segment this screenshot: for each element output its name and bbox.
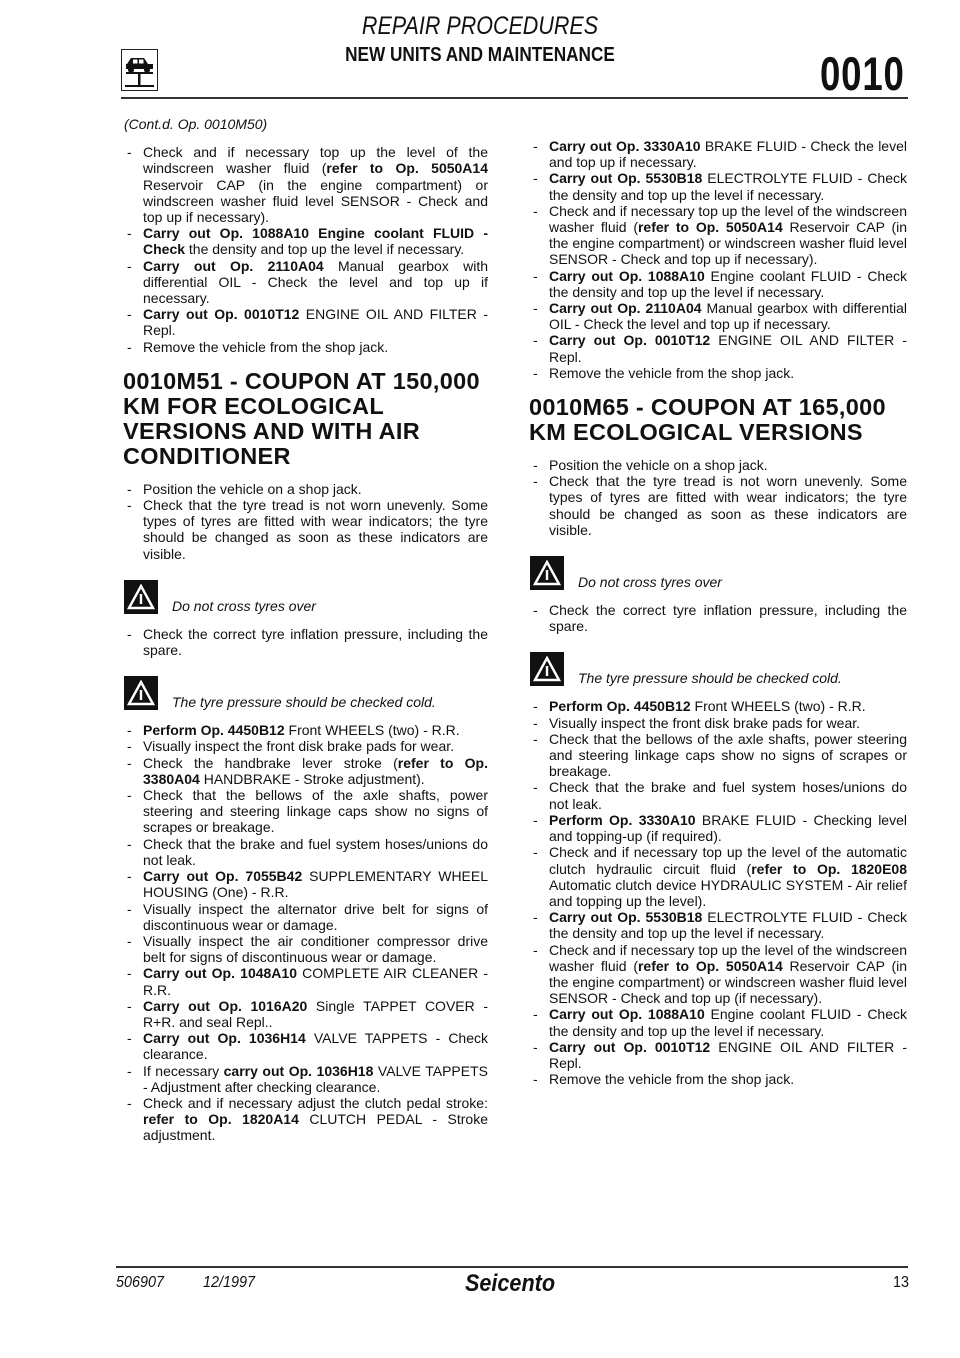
list-item: Check and if necessary top up the level … [124,144,488,225]
warning-note: The tyre pressure should be checked cold… [124,676,488,710]
warning-text: The tyre pressure should be checked cold… [578,670,842,686]
list-item: Perform Op. 4450B12 Front WHEELS (two) -… [530,698,907,714]
procedure-list: Position the vehicle on a shop jack.Chec… [124,481,488,562]
list-item: Visually inspect the alternator drive be… [124,901,488,933]
list-item: Perform Op. 3330A10 BRAKE FLUID - Checki… [530,812,907,844]
section-code: 0010 [820,46,905,101]
list-item: Carry out Op. 5530B18 ELECTROLYTE FLUID … [530,909,907,941]
list-item: Carry out Op. 1036H14 VALVE TAPPETS - Ch… [124,1030,488,1062]
procedure-list: Position the vehicle on a shop jack.Chec… [530,457,907,538]
right-column: Carry out Op. 3330A10 BRAKE FLUID - Chec… [530,138,907,1087]
warning-note: The tyre pressure should be checked cold… [530,652,907,686]
warning-note: Do not cross tyres over [124,580,488,614]
list-item: Check that the brake and fuel system hos… [124,836,488,868]
list-item: Check that the bellows of the axle shaft… [530,731,907,780]
list-item: Carry out Op. 1088A10 Engine coolant FLU… [530,1006,907,1038]
procedure-list: Perform Op. 4450B12 Front WHEELS (two) -… [530,698,907,1087]
warning-text: The tyre pressure should be checked cold… [172,694,436,710]
list-item: Carry out Op. 5530B18 ELECTROLYTE FLUID … [530,170,907,202]
procedure-list: Check the correct tyre inflation pressur… [124,626,488,658]
list-item: Carry out Op. 0010T12 ENGINE OIL AND FIL… [530,332,907,364]
warning-triangle-icon [530,652,564,686]
list-item: Check that the brake and fuel system hos… [530,779,907,811]
procedure-list: Carry out Op. 3330A10 BRAKE FLUID - Chec… [530,138,907,381]
page-number: 13 [893,1274,909,1292]
list-item: Carry out Op. 1088A10 Engine coolant FLU… [124,225,488,257]
page-title: REPAIR PROCEDURES [67,12,893,41]
list-item: Remove the vehicle from the shop jack. [530,1071,907,1087]
list-item: Check the handbrake lever stroke (refer … [124,755,488,787]
warning-note: Do not cross tyres over [530,556,907,590]
procedure-list: Check and if necessary top up the level … [124,144,488,355]
list-item: Check and if necessary top up the level … [530,844,907,909]
list-item: Carry out Op. 7055B42 SUPPLEMENTARY WHEE… [124,868,488,900]
list-item: Carry out Op. 1016A20 Single TAPPET COVE… [124,998,488,1030]
list-item: Carry out Op. 3330A10 BRAKE FLUID - Chec… [530,138,907,170]
warning-triangle-icon [530,556,564,590]
list-item: Check the correct tyre inflation pressur… [124,626,488,658]
list-item: Carry out Op. 0010T12 ENGINE OIL AND FIL… [530,1039,907,1071]
list-item: Remove the vehicle from the shop jack. [530,365,907,381]
warning-triangle-icon [124,676,158,710]
section-heading: 0010M51 - COUPON AT 150,000 KM FOR ECOLO… [123,369,488,469]
list-item: Check and if necessary top up the level … [530,942,907,1007]
list-item: Check that the tyre tread is not worn un… [124,497,488,562]
list-item: Visually inspect the air conditioner com… [124,933,488,965]
list-item: Carry out Op. 1088A10 Engine coolant FLU… [530,268,907,300]
page-subtitle: NEW UNITS AND MAINTENANCE [67,44,893,67]
list-item: Check that the tyre tread is not worn un… [530,473,907,538]
list-item: Carry out Op. 1048A10 COMPLETE AIR CLEAN… [124,965,488,997]
warning-triangle-icon [124,580,158,614]
brand-logo: Seicento [465,1270,555,1298]
list-item: Remove the vehicle from the shop jack. [124,339,488,355]
procedure-list: Check the correct tyre inflation pressur… [530,602,907,634]
document-date: 12/1997 [203,1274,255,1292]
warning-text: Do not cross tyres over [578,574,722,590]
procedure-list: Perform Op. 4450B12 Front WHEELS (two) -… [124,722,488,1143]
header-divider [121,97,908,99]
section-heading: 0010M65 - COUPON AT 165,000 KM ECOLOGICA… [529,395,907,445]
list-item: Position the vehicle on a shop jack. [530,457,907,473]
list-item: Perform Op. 4450B12 Front WHEELS (two) -… [124,722,488,738]
continuation-note: (Cont.d. Op. 0010M50) [124,116,488,132]
list-item: Position the vehicle on a shop jack. [124,481,488,497]
left-column: (Cont.d. Op. 0010M50) Check and if neces… [124,116,488,1144]
list-item: Check that the bellows of the axle shaft… [124,787,488,836]
list-item: Visually inspect the front disk brake pa… [530,715,907,731]
list-item: Check the correct tyre inflation pressur… [530,602,907,634]
list-item: If necessary carry out Op. 1036H18 VALVE… [124,1063,488,1095]
warning-text: Do not cross tyres over [172,598,316,614]
list-item: Check and if necessary top up the level … [530,203,907,268]
list-item: Visually inspect the front disk brake pa… [124,738,488,754]
list-item: Carry out Op. 2110A04 Manual gearbox wit… [530,300,907,332]
document-code: 506907 [116,1274,164,1292]
footer-divider [116,1266,908,1268]
list-item: Carry out Op. 0010T12 ENGINE OIL AND FIL… [124,306,488,338]
list-item: Carry out Op. 2110A04 Manual gearbox wit… [124,258,488,307]
list-item: Check and if necessary adjust the clutch… [124,1095,488,1144]
